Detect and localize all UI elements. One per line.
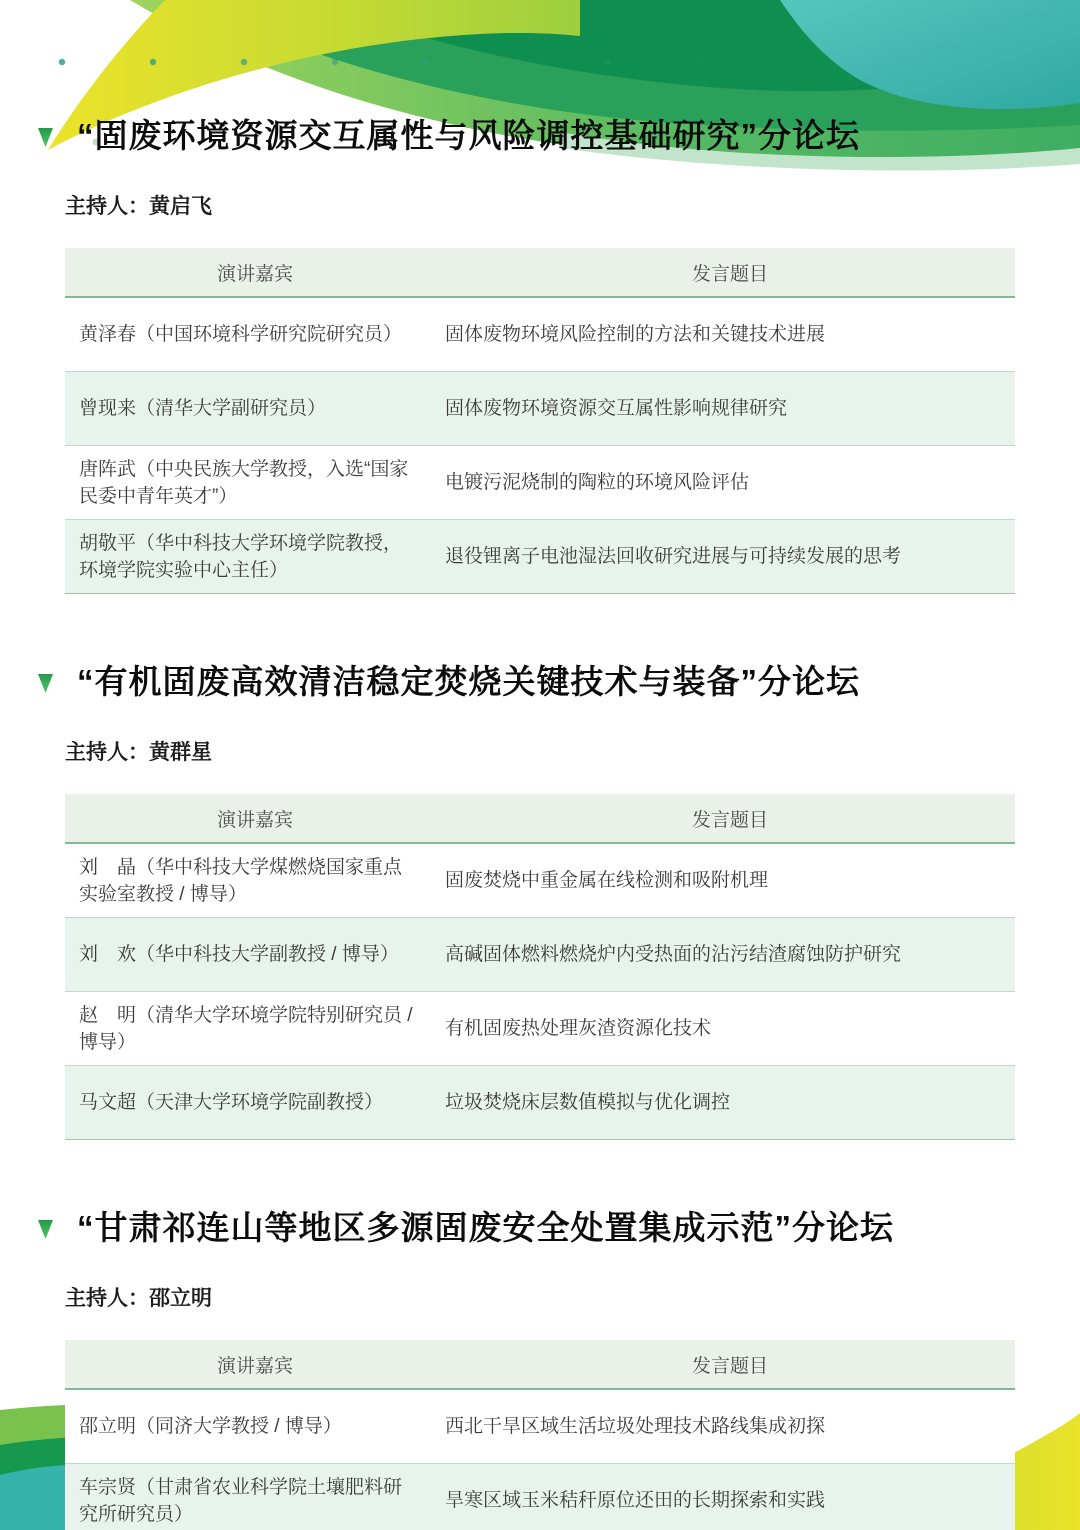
- topic-column-header: 发言题目: [445, 1340, 1015, 1389]
- table-header-row: 演讲嘉宾 发言题目: [65, 1340, 1015, 1389]
- speaker-column-header: 演讲嘉宾: [65, 1340, 445, 1389]
- topic-cell: 退役锂离子电池湿法回收研究进展与可持续发展的思考: [445, 520, 1015, 594]
- speaker-cell: 刘 晶（华中科技大学煤燃烧国家重点实验室教授 / 博导）: [65, 843, 445, 918]
- triangle-marker-icon: [38, 674, 53, 693]
- speaker-cell: 赵 明（清华大学环境学院特别研究员 / 博导）: [65, 992, 445, 1066]
- speaker-cell: 黄泽春（中国环境科学研究院研究员）: [65, 297, 445, 372]
- section-forum-2: “有机固废高效清洁稳定焚烧关键技术与装备”分论坛 主持人：黄群星 演讲嘉宾 发言…: [65, 658, 1015, 1140]
- table-row: 邵立明（同济大学教授 / 博导） 西北干旱区域生活垃圾处理技术路线集成初探: [65, 1389, 1015, 1464]
- section-forum-1: “固废环境资源交互属性与风险调控基础研究”分论坛 主持人：黄启飞 演讲嘉宾 发言…: [65, 112, 1015, 594]
- triangle-marker-icon: [38, 1220, 53, 1239]
- schedule-table: 演讲嘉宾 发言题目 邵立明（同济大学教授 / 博导） 西北干旱区域生活垃圾处理技…: [65, 1340, 1015, 1530]
- topic-cell: 电镀污泥烧制的陶粒的环境风险评估: [445, 446, 1015, 520]
- topic-column-header: 发言题目: [445, 794, 1015, 843]
- table-row: 刘 晶（华中科技大学煤燃烧国家重点实验室教授 / 博导） 固废焚烧中重金属在线检…: [65, 843, 1015, 918]
- speaker-column-header: 演讲嘉宾: [65, 248, 445, 297]
- table-row: 车宗贤（甘肃省农业科学院土壤肥料研究所研究员） 旱寒区域玉米秸秆原位还田的长期探…: [65, 1464, 1015, 1530]
- speaker-cell: 邵立明（同济大学教授 / 博导）: [65, 1389, 445, 1464]
- topic-cell: 西北干旱区域生活垃圾处理技术路线集成初探: [445, 1389, 1015, 1464]
- topic-cell: 垃圾焚烧床层数值模拟与优化调控: [445, 1066, 1015, 1140]
- section-forum-3: “甘肃祁连山等地区多源固废安全处置集成示范”分论坛 主持人：邵立明 演讲嘉宾 发…: [65, 1204, 1015, 1530]
- topic-column-header: 发言题目: [445, 248, 1015, 297]
- section-title: “有机固废高效清洁稳定焚烧关键技术与装备”分论坛: [65, 658, 1015, 706]
- host-line: 主持人：黄群星: [65, 736, 1015, 766]
- table-header-row: 演讲嘉宾 发言题目: [65, 794, 1015, 843]
- speaker-column-header: 演讲嘉宾: [65, 794, 445, 843]
- topic-cell: 固体废物环境风险控制的方法和关键技术进展: [445, 297, 1015, 372]
- table-row: 黄泽春（中国环境科学研究院研究员） 固体废物环境风险控制的方法和关键技术进展: [65, 297, 1015, 372]
- section-title: “甘肃祁连山等地区多源固废安全处置集成示范”分论坛: [65, 1204, 1015, 1252]
- table-header-row: 演讲嘉宾 发言题目: [65, 248, 1015, 297]
- section-title: “固废环境资源交互属性与风险调控基础研究”分论坛: [65, 112, 1015, 160]
- section-title-text: “甘肃祁连山等地区多源固废安全处置集成示范”分论坛: [77, 1209, 894, 1246]
- table-row: 赵 明（清华大学环境学院特别研究员 / 博导） 有机固废热处理灰渣资源化技术: [65, 992, 1015, 1066]
- table-row: 唐阵武（中央民族大学教授，入选“国家民委中青年英才”） 电镀污泥烧制的陶粒的环境…: [65, 446, 1015, 520]
- forum-schedule-page: “固废环境资源交互属性与风险调控基础研究”分论坛 主持人：黄启飞 演讲嘉宾 发言…: [65, 0, 1015, 1530]
- speaker-cell: 唐阵武（中央民族大学教授，入选“国家民委中青年英才”）: [65, 446, 445, 520]
- topic-cell: 固体废物环境资源交互属性影响规律研究: [445, 372, 1015, 446]
- speaker-cell: 胡敬平（华中科技大学环境学院教授，环境学院实验中心主任）: [65, 520, 445, 594]
- topic-cell: 有机固废热处理灰渣资源化技术: [445, 992, 1015, 1066]
- host-line: 主持人：邵立明: [65, 1282, 1015, 1312]
- speaker-cell: 刘 欢（华中科技大学副教授 / 博导）: [65, 918, 445, 992]
- table-row: 刘 欢（华中科技大学副教授 / 博导） 高碱固体燃料燃烧炉内受热面的沾污结渣腐蚀…: [65, 918, 1015, 992]
- schedule-table: 演讲嘉宾 发言题目 刘 晶（华中科技大学煤燃烧国家重点实验室教授 / 博导） 固…: [65, 794, 1015, 1140]
- section-title-text: “固废环境资源交互属性与风险调控基础研究”分论坛: [77, 117, 860, 154]
- speaker-cell: 马文超（天津大学环境学院副教授）: [65, 1066, 445, 1140]
- table-row: 曾现来（清华大学副研究员） 固体废物环境资源交互属性影响规律研究: [65, 372, 1015, 446]
- topic-cell: 旱寒区域玉米秸秆原位还田的长期探索和实践: [445, 1464, 1015, 1530]
- table-row: 马文超（天津大学环境学院副教授） 垃圾焚烧床层数值模拟与优化调控: [65, 1066, 1015, 1140]
- topic-cell: 高碱固体燃料燃烧炉内受热面的沾污结渣腐蚀防护研究: [445, 918, 1015, 992]
- table-row: 胡敬平（华中科技大学环境学院教授，环境学院实验中心主任） 退役锂离子电池湿法回收…: [65, 520, 1015, 594]
- schedule-table: 演讲嘉宾 发言题目 黄泽春（中国环境科学研究院研究员） 固体废物环境风险控制的方…: [65, 248, 1015, 594]
- topic-cell: 固废焚烧中重金属在线检测和吸附机理: [445, 843, 1015, 918]
- host-line: 主持人：黄启飞: [65, 190, 1015, 220]
- speaker-cell: 曾现来（清华大学副研究员）: [65, 372, 445, 446]
- section-title-text: “有机固废高效清洁稳定焚烧关键技术与装备”分论坛: [77, 663, 860, 700]
- speaker-cell: 车宗贤（甘肃省农业科学院土壤肥料研究所研究员）: [65, 1464, 445, 1530]
